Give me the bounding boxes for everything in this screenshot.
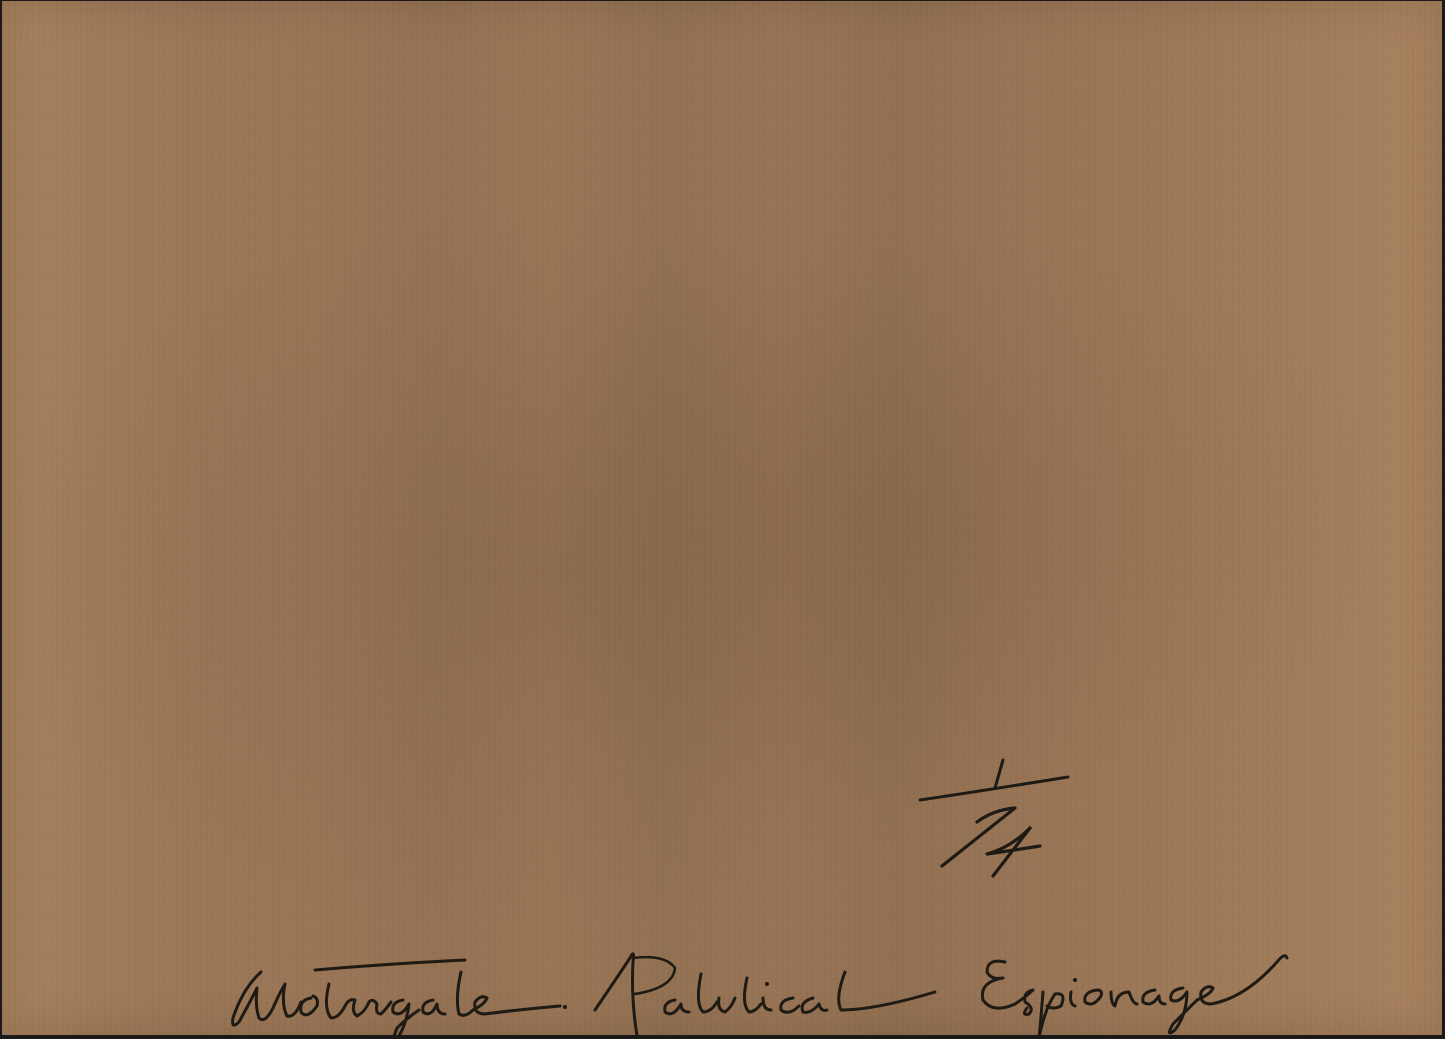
word-espionage: [982, 956, 1287, 1038]
word-watergate: [233, 960, 567, 1038]
page-number-ink: [915, 748, 1085, 878]
handwritten-page-number: 1/74: [915, 748, 1085, 878]
paper-texture: [2, 1, 1442, 1035]
word-political: [595, 954, 935, 1036]
handwritten-caption: Watergate — Political Espionage: [215, 948, 1305, 1039]
kraft-paper-folder: [2, 1, 1442, 1035]
scanned-document: 1/74 Watergate — Political Espionage: [0, 0, 1445, 1039]
